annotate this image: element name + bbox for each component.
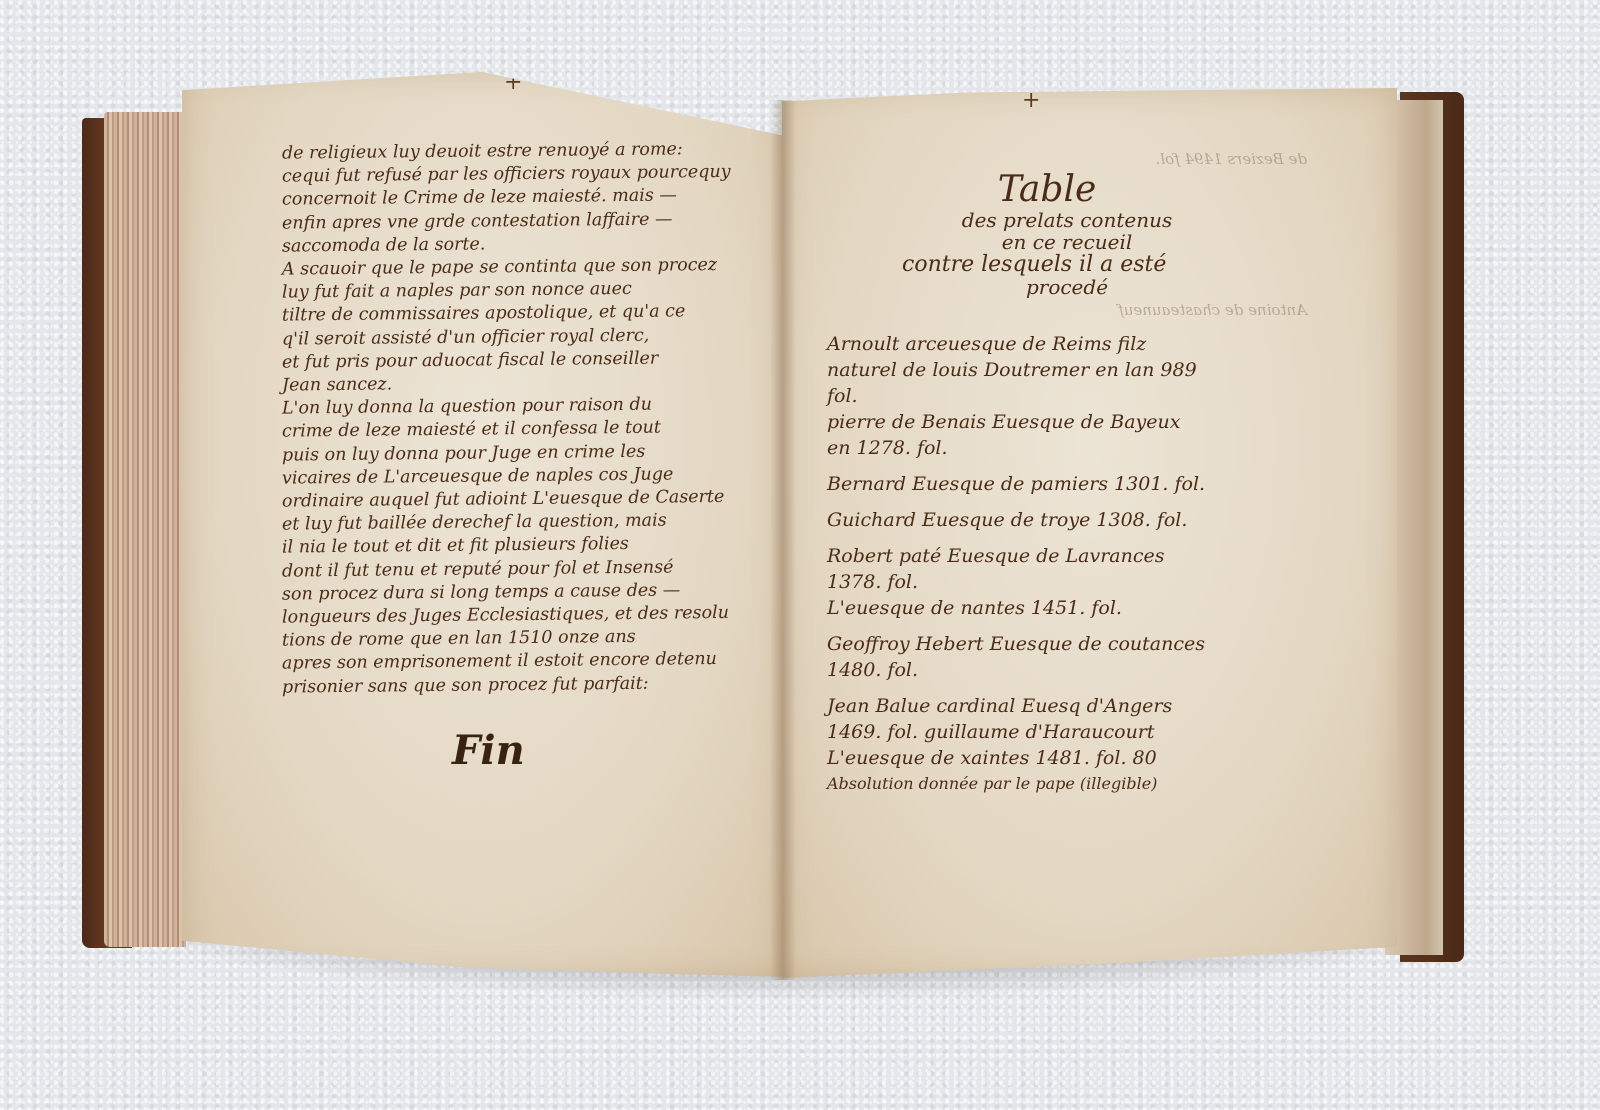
left-page: + de religieux luy deuoit estre renuoyé …	[182, 72, 782, 977]
toc-entry: Arnoult arceuesque de Reims filz	[827, 331, 1307, 357]
bleed-through-line: de Beziers 1494 fol.	[827, 148, 1307, 171]
toc-entry: L'euesque de xaintes 1481. fol. 80	[827, 745, 1307, 771]
toc-subtitle-line: contre lesquels il a esté	[902, 254, 1307, 277]
left-fore-edge	[104, 112, 186, 947]
toc-entry: Geoffroy Hebert Euesque de coutances	[827, 631, 1307, 657]
bleed-through-line: Antoine de chasteauneuf	[827, 299, 1307, 322]
left-page-text: de religieux luy deuoit estre renuoyé a …	[282, 140, 772, 697]
toc-subtitle-line: des prelats contenus	[827, 209, 1307, 232]
fin-closing-word: Fin	[452, 727, 525, 774]
toc-entry: 1480. fol.	[827, 657, 1307, 683]
toc-entry: fol.	[827, 383, 1307, 409]
toc-entry: 1378. fol.	[827, 569, 1307, 595]
right-page: + de Beziers 1494 fol. Table des prelats…	[782, 88, 1397, 978]
toc-entry: Robert paté Euesque de Lavrances	[827, 543, 1307, 569]
toc-subtitle-line: en ce recueil	[827, 231, 1307, 254]
manuscript-line: prisonier sans que son procez fut parfai…	[282, 671, 772, 699]
folio-mark-left: +	[504, 72, 522, 95]
toc-entry: naturel de louis Doutremer en lan 989	[827, 357, 1307, 383]
toc-entry: 1469. fol. guillaume d'Haraucourt	[827, 719, 1307, 745]
toc-entry: Guichard Euesque de troye 1308. fol.	[827, 507, 1307, 533]
toc-entry: pierre de Benais Euesque de Bayeux	[827, 409, 1307, 435]
table-of-contents: de Beziers 1494 fol. Table des prelats c…	[827, 148, 1307, 797]
toc-title: Table	[787, 171, 1307, 209]
toc-entry: Absolution donnée par le pape (illegible…	[827, 771, 1307, 797]
toc-entry: en 1278. fol.	[827, 435, 1307, 461]
toc-subtitle-line: procedé	[827, 276, 1307, 299]
toc-entry: Bernard Euesque de pamiers 1301. fol.	[827, 471, 1307, 497]
book-gutter	[770, 100, 796, 980]
toc-entry: Jean Balue cardinal Euesq d'Angers	[827, 693, 1307, 719]
folio-mark-right: +	[1022, 88, 1040, 113]
toc-entry: L'euesque de nantes 1451. fol.	[827, 595, 1307, 621]
